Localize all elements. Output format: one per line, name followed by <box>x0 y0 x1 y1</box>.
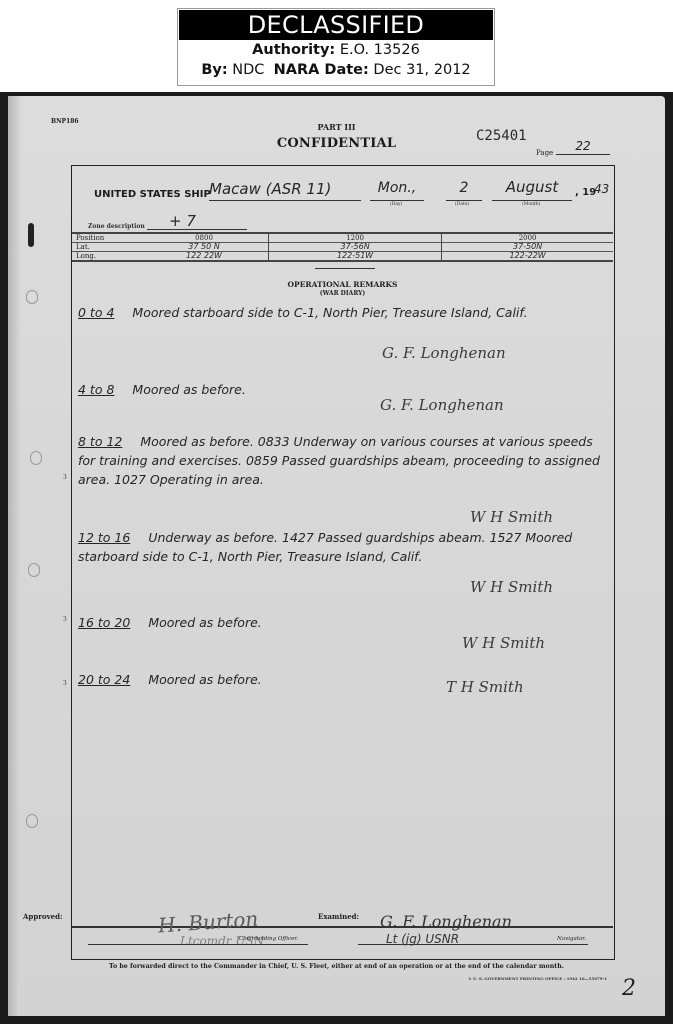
watch-officer-signature: W H Smith <box>470 508 553 526</box>
by-label: By: <box>201 62 227 78</box>
watch-officer-signature: W H Smith <box>470 578 553 596</box>
date-caption: (Date) <box>455 202 469 207</box>
watch-period: 4 to 8 <box>78 382 114 397</box>
position-table: Position 0800 1200 2000 Lat. 37 50 N 37-… <box>72 232 613 262</box>
log-entry: 20 to 24Moored as before. <box>78 670 608 689</box>
commanding-officer-caption: Commanding Officer. <box>239 936 298 942</box>
page-edge-shadow <box>8 96 20 1016</box>
by-value: NDC <box>232 62 264 78</box>
forwarding-instruction: To be forwarded direct to the Commander … <box>8 963 665 970</box>
ship-label: UNITED STATES SHIP <box>94 189 211 200</box>
longitude-row: Long. 122 22W 122-51W 122-22W <box>72 252 613 262</box>
position-header: Position <box>72 233 140 243</box>
date-value: 2 <box>446 180 482 201</box>
watch-period: 16 to 20 <box>78 615 130 630</box>
divider <box>315 268 375 269</box>
log-entry: 4 to 8Moored as before. <box>78 380 608 399</box>
nara-value: Dec 31, 2012 <box>373 62 470 78</box>
month-caption: (Month) <box>522 202 540 207</box>
year-value: 43 <box>594 182 609 196</box>
row-label: Long. <box>72 252 140 262</box>
margin-mark: 3 <box>63 474 67 481</box>
punch-hole-icon <box>28 563 40 577</box>
examined-label: Examined: <box>318 912 359 921</box>
stamp-by: By: NDC NARA Date: Dec 31, 2012 <box>178 60 494 80</box>
entry-text: Moored starboard side to C-1, North Pier… <box>132 305 527 320</box>
zone-value: + 7 <box>147 212 247 230</box>
handwritten-page-number: 2 <box>622 976 636 1001</box>
watch-officer-signature: W H Smith <box>462 634 545 652</box>
entry-text: Moored as before. <box>148 672 261 687</box>
log-entry: 8 to 12Moored as before. 0833 Underway o… <box>78 432 608 489</box>
signature-line <box>358 944 588 945</box>
remarks-subtitle: (WAR DIARY) <box>72 290 613 297</box>
signoff-section <box>72 926 613 960</box>
document-number: C25401 <box>476 128 527 144</box>
declassified-stamp: DECLASSIFIED Authority: E.O. 13526 By: N… <box>177 8 495 86</box>
binder-clip-icon <box>28 223 34 247</box>
long-2000: 122-22W <box>442 252 613 262</box>
watch-officer-signature: G. F. Longhenan <box>382 344 506 362</box>
row-label: Lat. <box>72 243 140 252</box>
watch-period: 12 to 16 <box>78 530 130 545</box>
entry-text: Moored as before. <box>132 382 245 397</box>
watch-period: 8 to 12 <box>78 434 122 449</box>
log-entry: 0 to 4Moored starboard side to C-1, Nort… <box>78 303 608 322</box>
punch-hole-icon <box>26 814 38 828</box>
day-caption: (Day) <box>390 202 402 207</box>
scan-frame: BNP186 PART III CONFIDENTIAL C25401 Page… <box>0 92 673 1024</box>
entry-text: Underway as before. 1427 Passed guardshi… <box>78 530 572 564</box>
approved-label: Approved: <box>23 912 63 921</box>
document-page: BNP186 PART III CONFIDENTIAL C25401 Page… <box>8 96 665 1016</box>
navigator-signature: G. F. Longhenan <box>380 912 512 931</box>
watch-period: 0 to 4 <box>78 305 114 320</box>
printing-office-line: ☆ U. S. GOVERNMENT PRINTING OFFICE : 194… <box>468 976 607 981</box>
signature-line <box>88 944 308 945</box>
watch-officer-signature: T H Smith <box>446 678 524 696</box>
month-value: August <box>492 178 572 201</box>
nara-label: NARA Date: <box>274 62 369 78</box>
entry-text: Moored as before. <box>148 615 261 630</box>
margin-mark: 3 <box>63 616 67 623</box>
authority-value: E.O. 13526 <box>340 42 420 58</box>
stamp-authority: Authority: E.O. 13526 <box>178 40 494 60</box>
authority-label: Authority: <box>252 42 335 58</box>
page-label: Page <box>536 149 553 157</box>
navigator-caption: Navigator. <box>557 936 586 942</box>
entry-text: Moored as before. 0833 Underway on vario… <box>78 434 600 487</box>
margin-mark: 3 <box>63 680 67 687</box>
watch-period: 20 to 24 <box>78 672 130 687</box>
ship-name: Macaw (ASR 11) <box>209 180 361 201</box>
zone-label: Zone description <box>88 223 145 230</box>
page-number: 22 <box>556 139 610 155</box>
long-1200: 122-51W <box>269 252 442 262</box>
stamp-title: DECLASSIFIED <box>179 10 493 40</box>
long-0800: 122 22W <box>140 252 269 262</box>
war-diary-form: UNITED STATES SHIP Macaw (ASR 11) Mon., … <box>71 165 615 960</box>
day-value: Mon., <box>370 180 424 201</box>
punch-hole-icon <box>30 451 42 465</box>
watch-officer-signature: G. F. Longhenan <box>380 396 504 414</box>
log-entry: 12 to 16Underway as before. 1427 Passed … <box>78 528 608 566</box>
remarks-title: OPERATIONAL REMARKS <box>72 280 613 289</box>
part-heading: PART III <box>8 122 665 132</box>
log-entry: 16 to 20Moored as before. <box>78 613 608 632</box>
punch-hole-icon <box>26 290 38 304</box>
